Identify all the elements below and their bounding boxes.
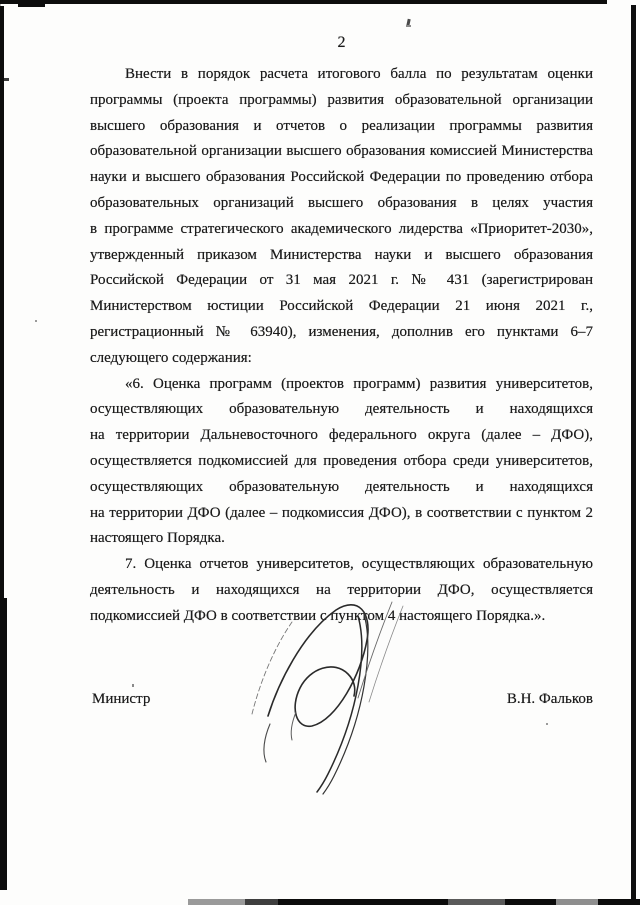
document-line: Российской Федерации от 31 мая 2021 г. №… (90, 268, 593, 294)
scan-speck (132, 684, 134, 687)
scan-edge-top-blob (18, 0, 45, 7)
document-body: Внести в порядок расчета итогового балла… (90, 62, 593, 630)
scan-edge-left-upper (0, 6, 4, 600)
document-line: регистрационный № 63940), изменения, доп… (90, 320, 593, 346)
document-line: образовательной организации высшего обра… (90, 139, 593, 165)
document-line: на территории Дальневосточного федеральн… (90, 423, 593, 449)
document-line: осуществляется подкомиссией для проведен… (90, 449, 593, 475)
scan-edge-bottom-seg (448, 899, 505, 905)
scan-edge-top (0, 0, 607, 4)
document-line: Внести в порядок расчета итогового балла… (90, 62, 593, 88)
scan-edge-bottom-seg (278, 899, 448, 905)
signer-name: В.Н. Фальков (507, 691, 593, 708)
document-line: высшего образования и отчетов о реализац… (90, 114, 593, 140)
signature-row: Министр В.Н. Фальков (90, 691, 593, 711)
document-line: следующего содержания: (90, 346, 593, 372)
scan-edge-bottom-seg (505, 899, 556, 905)
document-line: осуществляющих образовательную деятельно… (90, 397, 593, 423)
paragraph-amendment-order: Внести в порядок расчета итогового балла… (90, 62, 593, 372)
scan-speck (406, 25, 411, 27)
document-line: в программе стратегического академическо… (90, 217, 593, 243)
document-line: программы (проекта программы) развития о… (90, 88, 593, 114)
document-line: утвержденный приказом Министерства науки… (90, 243, 593, 269)
scan-edge-bottom-seg (188, 899, 245, 905)
scan-edge-left-lower (0, 598, 7, 890)
scan-edge-right (631, 5, 636, 905)
signer-title: Министр (92, 691, 150, 708)
document-line: 7. Оценка отчетов университетов, осущест… (90, 552, 593, 578)
document-line: Министерством юстиции Российской Федерац… (90, 294, 593, 320)
document-line: настоящего Порядка. (90, 526, 593, 552)
document-line: науки и высшего образования Российской Ф… (90, 165, 593, 191)
scan-edge-bottom-seg (245, 899, 278, 905)
scan-edge-bottom-seg (556, 899, 598, 905)
paragraph-item-6: «6. Оценка программ (проектов программ) … (90, 372, 593, 553)
document-line: осуществляющих образовательную деятельно… (90, 475, 593, 501)
document-line: на территории ДФО (далее – подкомиссия Д… (90, 501, 593, 527)
document-line: «6. Оценка программ (проектов программ) … (90, 372, 593, 398)
page-number: 2 (90, 34, 593, 52)
scan-edge-bottom-seg (598, 899, 640, 905)
scan-speck (35, 320, 37, 322)
scan-speck (546, 723, 548, 725)
document-line: образовательных организаций высшего обра… (90, 191, 593, 217)
scanned-document-page: 2 Внести в порядок расчета итогового бал… (0, 0, 640, 905)
